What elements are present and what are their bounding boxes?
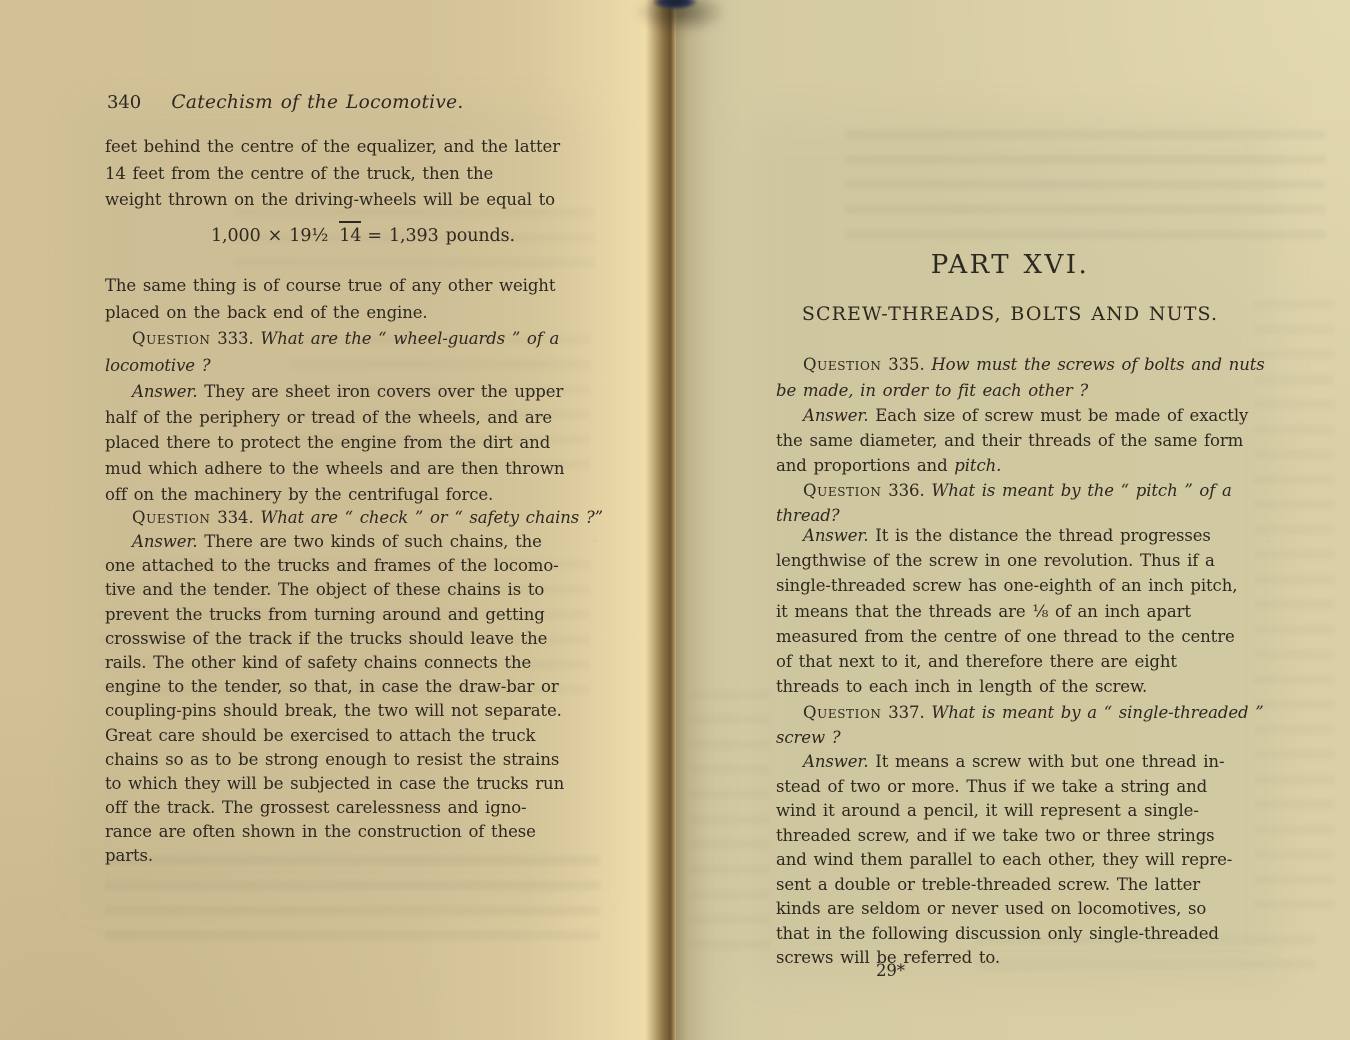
text-line: Great care should be exercised to attach…	[105, 724, 570, 748]
question-label: Question	[132, 508, 211, 527]
text-segment: Each size of screw must be made of exact…	[869, 406, 1249, 425]
text-segment: 334.	[211, 508, 261, 527]
text-line: screws will be referred to.	[776, 946, 1244, 971]
text-line: screw ?	[776, 725, 1244, 750]
text-line: placed on the back end of the engine.	[105, 300, 570, 327]
formula-fraction: 1,000 × 19½ 14	[207, 226, 361, 246]
text-segment: and wind them parallel to each other, th…	[776, 850, 1232, 869]
text-line: one attached to the trucks and frames of…	[105, 554, 570, 578]
text-line: it means that the threads are ⅛ of an in…	[776, 599, 1244, 624]
formula-numerator: 1,000 × 19½	[207, 226, 332, 249]
text-segment: placed on the back end of the engine.	[105, 303, 428, 322]
text-segment: Answer.	[803, 406, 869, 425]
text-segment: rance are often shown in the constructio…	[105, 822, 536, 841]
paragraph-p1: feet behind the centre of the equalizer,…	[105, 134, 570, 214]
text-segment: tive and the tender. The object of these…	[105, 580, 544, 599]
formula-denominator: 14	[339, 221, 361, 246]
paragraph-q335: Question 335. How must the screws of bol…	[776, 352, 1244, 403]
text-segment: 336.	[882, 481, 932, 500]
text-line: Answer. There are two kinds of such chai…	[105, 530, 570, 554]
text-line: be made, in order to fit each other ?	[776, 378, 1244, 404]
text-segment: be made, in order to fit each other ?	[776, 381, 1088, 400]
text-line: threads to each inch in length of the sc…	[776, 674, 1244, 699]
paragraph-a334: Answer. There are two kinds of such chai…	[105, 530, 570, 869]
text-segment: the same diameter, and their threads of …	[776, 431, 1243, 450]
paragraph-a333: Answer. They are sheet iron covers over …	[105, 379, 570, 507]
text-segment: kinds are seldom or never used on locomo…	[776, 899, 1206, 918]
text-line: measured from the centre of one thread t…	[776, 624, 1244, 649]
right-page: PART XVI. SCREW-THREADS, BOLTS AND NUTS.…	[676, 0, 1350, 1040]
text-line: Question 335. How must the screws of bol…	[776, 352, 1244, 378]
text-segment: one attached to the trucks and frames of…	[105, 556, 559, 575]
paragraph-q333: Question 333. What are the “ wheel-guard…	[105, 326, 570, 379]
text-line: single-threaded screw has one-eighth of …	[776, 573, 1244, 598]
text-segment: off on the machinery by the centrifugal …	[105, 485, 493, 504]
text-segment: that in the following discussion only si…	[776, 924, 1219, 943]
paragraph-q336: Question 336. What is meant by the “ pit…	[776, 478, 1244, 528]
signature-mark: 29*	[876, 961, 905, 980]
text-segment: Answer.	[132, 382, 198, 401]
text-segment: half of the periphery or tread of the wh…	[105, 408, 552, 427]
text-line: Answer. They are sheet iron covers over …	[105, 379, 570, 405]
text-line: lengthwise of the screw in one revolutio…	[776, 548, 1244, 573]
text-segment: feet behind the centre of the equalizer,…	[105, 137, 560, 156]
text-segment: coupling-pins should break, the two will…	[105, 701, 562, 720]
text-line: placed there to protect the engine from …	[105, 430, 570, 456]
text-segment: 335.	[882, 355, 932, 374]
paragraph-q334: Question 334. What are “ check ” or “ sa…	[105, 505, 570, 531]
text-segment: single-threaded screw has one-eighth of …	[776, 576, 1237, 595]
text-line: off on the machinery by the centrifugal …	[105, 482, 570, 508]
text-line: and proportions and pitch.	[776, 453, 1244, 478]
text-line: stead of two or more. Thus if we take a …	[776, 775, 1244, 800]
text-segment: What is meant by the “ pitch ” of a	[931, 481, 1231, 500]
text-line: Answer. It is the distance the thread pr…	[776, 523, 1244, 548]
part-heading: PART XVI.	[776, 250, 1244, 280]
text-segment: How must the screws of bolts and nuts	[931, 355, 1264, 374]
text-segment: threaded screw, and if we take two or th…	[776, 826, 1215, 845]
text-line: feet behind the centre of the equalizer,…	[105, 134, 570, 161]
text-segment: rails. The other kind of safety chains c…	[105, 653, 531, 672]
text-line: Answer. Each size of screw must be made …	[776, 403, 1244, 428]
text-line: and wind them parallel to each other, th…	[776, 848, 1244, 873]
chapter-heading: SCREW-THREADS, BOLTS AND NUTS.	[776, 303, 1244, 325]
text-segment: There are two kinds of such chains, the	[198, 532, 542, 551]
text-line: parts.	[105, 844, 570, 868]
text-segment: pitch	[954, 456, 996, 475]
text-line: Question 336. What is meant by the “ pit…	[776, 478, 1244, 503]
text-line: of that next to it, and therefore there …	[776, 649, 1244, 674]
question-label: Question	[803, 355, 882, 374]
text-segment: wind it around a pencil, it will represe…	[776, 801, 1199, 820]
text-segment: placed there to protect the engine from …	[105, 433, 550, 452]
text-segment: 333.	[211, 329, 261, 348]
text-line: locomotive ?	[105, 353, 570, 380]
text-line: Question 334. What are “ check ” or “ sa…	[105, 505, 570, 531]
text-line: chains so as to be strong enough to resi…	[105, 748, 570, 772]
text-line: rails. The other kind of safety chains c…	[105, 651, 570, 675]
text-segment: It means a screw with but one thread in-	[869, 752, 1225, 771]
text-line: half of the periphery or tread of the wh…	[105, 405, 570, 431]
text-segment: 337.	[882, 703, 932, 722]
running-head: 340 Catechism of the Locomotive.	[105, 92, 570, 118]
running-title: Catechism of the Locomotive.	[105, 92, 530, 113]
text-segment: mud which adhere to the wheels and are t…	[105, 459, 564, 478]
text-line: to which they will be subjected in case …	[105, 772, 570, 796]
text-segment: What is meant by a “ single-threaded ”	[931, 703, 1263, 722]
text-line: 14 feet from the centre of the truck, th…	[105, 161, 570, 188]
text-line: off the track. The grossest carelessness…	[105, 796, 570, 820]
text-line: the same diameter, and their threads of …	[776, 428, 1244, 453]
left-page: 340 Catechism of the Locomotive. feet be…	[0, 0, 676, 1040]
text-segment: lengthwise of the screw in one revolutio…	[776, 551, 1215, 570]
text-line: mud which adhere to the wheels and are t…	[105, 456, 570, 482]
text-line: wind it around a pencil, it will represe…	[776, 799, 1244, 824]
text-line: engine to the tender, so that, in case t…	[105, 675, 570, 699]
text-segment: What are the “ wheel-guards ” of a	[260, 329, 559, 348]
text-segment: sent a double or treble-threaded screw. …	[776, 875, 1200, 894]
text-segment: it means that the threads are ⅛ of an in…	[776, 602, 1191, 621]
text-segment: It is the distance the thread progresses	[869, 526, 1211, 545]
text-line: Question 337. What is meant by a “ singl…	[776, 700, 1244, 725]
text-segment: What are “ check ” or “ safety chains ?”	[260, 508, 603, 527]
text-segment: screw ?	[776, 728, 840, 747]
paragraph-a336: Answer. It is the distance the thread pr…	[776, 523, 1244, 699]
question-label: Question	[803, 703, 882, 722]
text-segment: parts.	[105, 846, 153, 865]
book-scan-spread: 340 Catechism of the Locomotive. feet be…	[0, 0, 1350, 1040]
text-segment: crosswise of the track if the trucks sho…	[105, 629, 547, 648]
text-line: tive and the tender. The object of these…	[105, 578, 570, 602]
text-segment: Answer.	[132, 532, 198, 551]
question-label: Question	[803, 481, 882, 500]
text-segment: Answer.	[803, 526, 869, 545]
text-segment: stead of two or more. Thus if we take a …	[776, 777, 1207, 796]
text-line: crosswise of the track if the trucks sho…	[105, 627, 570, 651]
text-segment: Great care should be exercised to attach…	[105, 726, 535, 745]
text-segment: to which they will be subjected in case …	[105, 774, 564, 793]
paragraph-a335: Answer. Each size of screw must be made …	[776, 403, 1244, 479]
text-line: coupling-pins should break, the two will…	[105, 699, 570, 723]
text-line: sent a double or treble-threaded screw. …	[776, 873, 1244, 898]
text-line: Answer. It means a screw with but one th…	[776, 750, 1244, 775]
text-segment: chains so as to be strong enough to resi…	[105, 750, 559, 769]
weight-formula: 1,000 × 19½ 14 = 1,393 pounds.	[105, 203, 570, 269]
text-line: Question 333. What are the “ wheel-guard…	[105, 326, 570, 353]
text-line: prevent the trucks from turning around a…	[105, 603, 570, 627]
text-segment: off the track. The grossest carelessness…	[105, 798, 527, 817]
text-line: kinds are seldom or never used on locomo…	[776, 897, 1244, 922]
formula-result: = 1,393 pounds.	[367, 226, 515, 246]
text-line: rance are often shown in the constructio…	[105, 820, 570, 844]
text-line: that in the following discussion only si…	[776, 922, 1244, 947]
text-segment: The same thing is of course true of any …	[105, 276, 555, 295]
text-segment: measured from the centre of one thread t…	[776, 627, 1235, 646]
text-line: The same thing is of course true of any …	[105, 273, 570, 300]
text-segment: prevent the trucks from turning around a…	[105, 605, 545, 624]
text-segment: locomotive ?	[105, 356, 210, 375]
text-segment: 14 feet from the centre of the truck, th…	[105, 164, 493, 183]
text-segment: .	[996, 456, 1001, 475]
paragraph-a337: Answer. It means a screw with but one th…	[776, 750, 1244, 971]
paragraph-q337: Question 337. What is meant by a “ singl…	[776, 700, 1244, 750]
text-segment: of that next to it, and therefore there …	[776, 652, 1177, 671]
text-segment: Answer.	[803, 752, 869, 771]
text-line: threaded screw, and if we take two or th…	[776, 824, 1244, 849]
question-label: Question	[132, 329, 211, 348]
text-segment: engine to the tender, so that, in case t…	[105, 677, 559, 696]
text-segment: threads to each inch in length of the sc…	[776, 677, 1147, 696]
paragraph-p2: The same thing is of course true of any …	[105, 273, 570, 326]
text-segment: and proportions and	[776, 456, 954, 475]
text-segment: They are sheet iron covers over the uppe…	[198, 382, 564, 401]
